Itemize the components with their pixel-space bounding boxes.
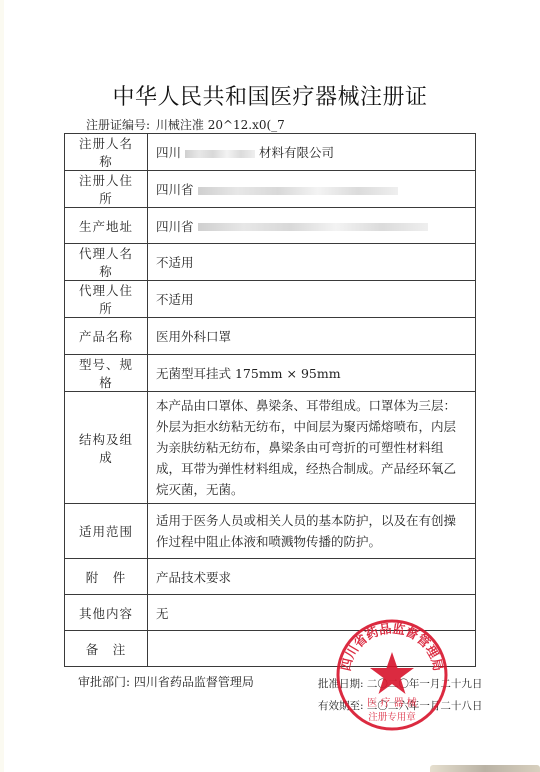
field-label: 适用范围 bbox=[65, 504, 148, 559]
field-value: 适用于医务人员或相关人员的基本防护，以及在有创操作过程中阻止体液和喷溅物传播的防… bbox=[148, 504, 476, 559]
field-value: 四川省 bbox=[148, 171, 476, 208]
scan-artifact bbox=[430, 765, 540, 772]
field-value: 无菌型耳挂式 175mm × 95mm bbox=[148, 355, 476, 392]
field-label: 代理人住所 bbox=[65, 281, 148, 318]
field-label: 型号、规格 bbox=[65, 355, 148, 392]
field-label: 注册人名称 bbox=[65, 134, 148, 171]
field-value: 不适用 bbox=[148, 244, 476, 281]
redacted-text bbox=[185, 150, 255, 158]
registration-number-value: 川械注准 20^12.x0(_7 bbox=[156, 118, 285, 132]
field-label: 备 注 bbox=[65, 631, 148, 667]
table-row-agent-name: 代理人名称 不适用 bbox=[65, 244, 476, 281]
table-row-scope: 适用范围 适用于医务人员或相关人员的基本防护，以及在有创操作过程中阻止体液和喷溅… bbox=[65, 504, 476, 559]
table-row-production-address: 生产地址 四川省 bbox=[65, 208, 476, 244]
field-value: 医用外科口罩 bbox=[148, 318, 476, 355]
registration-number-label: 注册证编号: bbox=[86, 118, 150, 132]
table-row-attachment: 附 件 产品技术要求 bbox=[65, 559, 476, 595]
field-value: 产品技术要求 bbox=[148, 559, 476, 595]
table-row-structure: 结构及组成 本产品由口罩体、鼻梁条、耳带组成。口罩体为三层：外层为拒水纺粘无纺布… bbox=[65, 392, 476, 504]
field-label: 结构及组成 bbox=[65, 392, 148, 504]
certificate-table: 注册人名称 四川 材料有限公司 注册人住所 四川省 生产地址 四川省 代理人名称… bbox=[64, 133, 476, 667]
field-label: 注册人住所 bbox=[65, 171, 148, 208]
field-value: 四川省 bbox=[148, 208, 476, 244]
registration-number: 注册证编号: 川械注准 20^12.x0(_7 bbox=[86, 116, 285, 133]
scan-edge bbox=[0, 0, 4, 772]
field-label: 附 件 bbox=[65, 559, 148, 595]
svg-text:医 疗 器 械: 医 疗 器 械 bbox=[367, 696, 417, 709]
svg-text:注册专用章: 注册专用章 bbox=[368, 711, 416, 723]
table-row-model-spec: 型号、规格 无菌型耳挂式 175mm × 95mm bbox=[65, 355, 476, 392]
field-value: 四川 材料有限公司 bbox=[148, 134, 476, 171]
value-prefix: 四川 bbox=[156, 145, 181, 160]
approval-department: 审批部门: 四川省药品监督管理局 bbox=[78, 673, 254, 690]
field-value: 本产品由口罩体、鼻梁条、耳带组成。口罩体为三层：外层为拒水纺粘无纺布，中间层为聚… bbox=[148, 392, 476, 504]
certificate-title: 中华人民共和国医疗器械注册证 bbox=[0, 80, 540, 111]
field-value: 不适用 bbox=[148, 281, 476, 318]
value-prefix: 四川省 bbox=[156, 219, 194, 234]
value-prefix: 四川省 bbox=[156, 182, 194, 197]
redacted-text bbox=[198, 187, 398, 195]
field-label: 代理人名称 bbox=[65, 244, 148, 281]
table-row-registrant-name: 注册人名称 四川 材料有限公司 bbox=[65, 134, 476, 171]
approval-department-value: 四川省药品监督管理局 bbox=[134, 675, 254, 689]
table-row-product-name: 产品名称 医用外科口罩 bbox=[65, 318, 476, 355]
value-suffix: 材料有限公司 bbox=[259, 145, 334, 160]
approval-department-label: 审批部门: bbox=[78, 675, 130, 689]
official-seal-icon: 四川省药品监督管理局 医 疗 器 械 注册专用章 bbox=[335, 618, 449, 732]
table-row-agent-address: 代理人住所 不适用 bbox=[65, 281, 476, 318]
field-label: 其他内容 bbox=[65, 595, 148, 631]
field-label: 生产地址 bbox=[65, 208, 148, 244]
table-row-registrant-address: 注册人住所 四川省 bbox=[65, 171, 476, 208]
field-label: 产品名称 bbox=[65, 318, 148, 355]
redacted-text bbox=[198, 223, 428, 231]
